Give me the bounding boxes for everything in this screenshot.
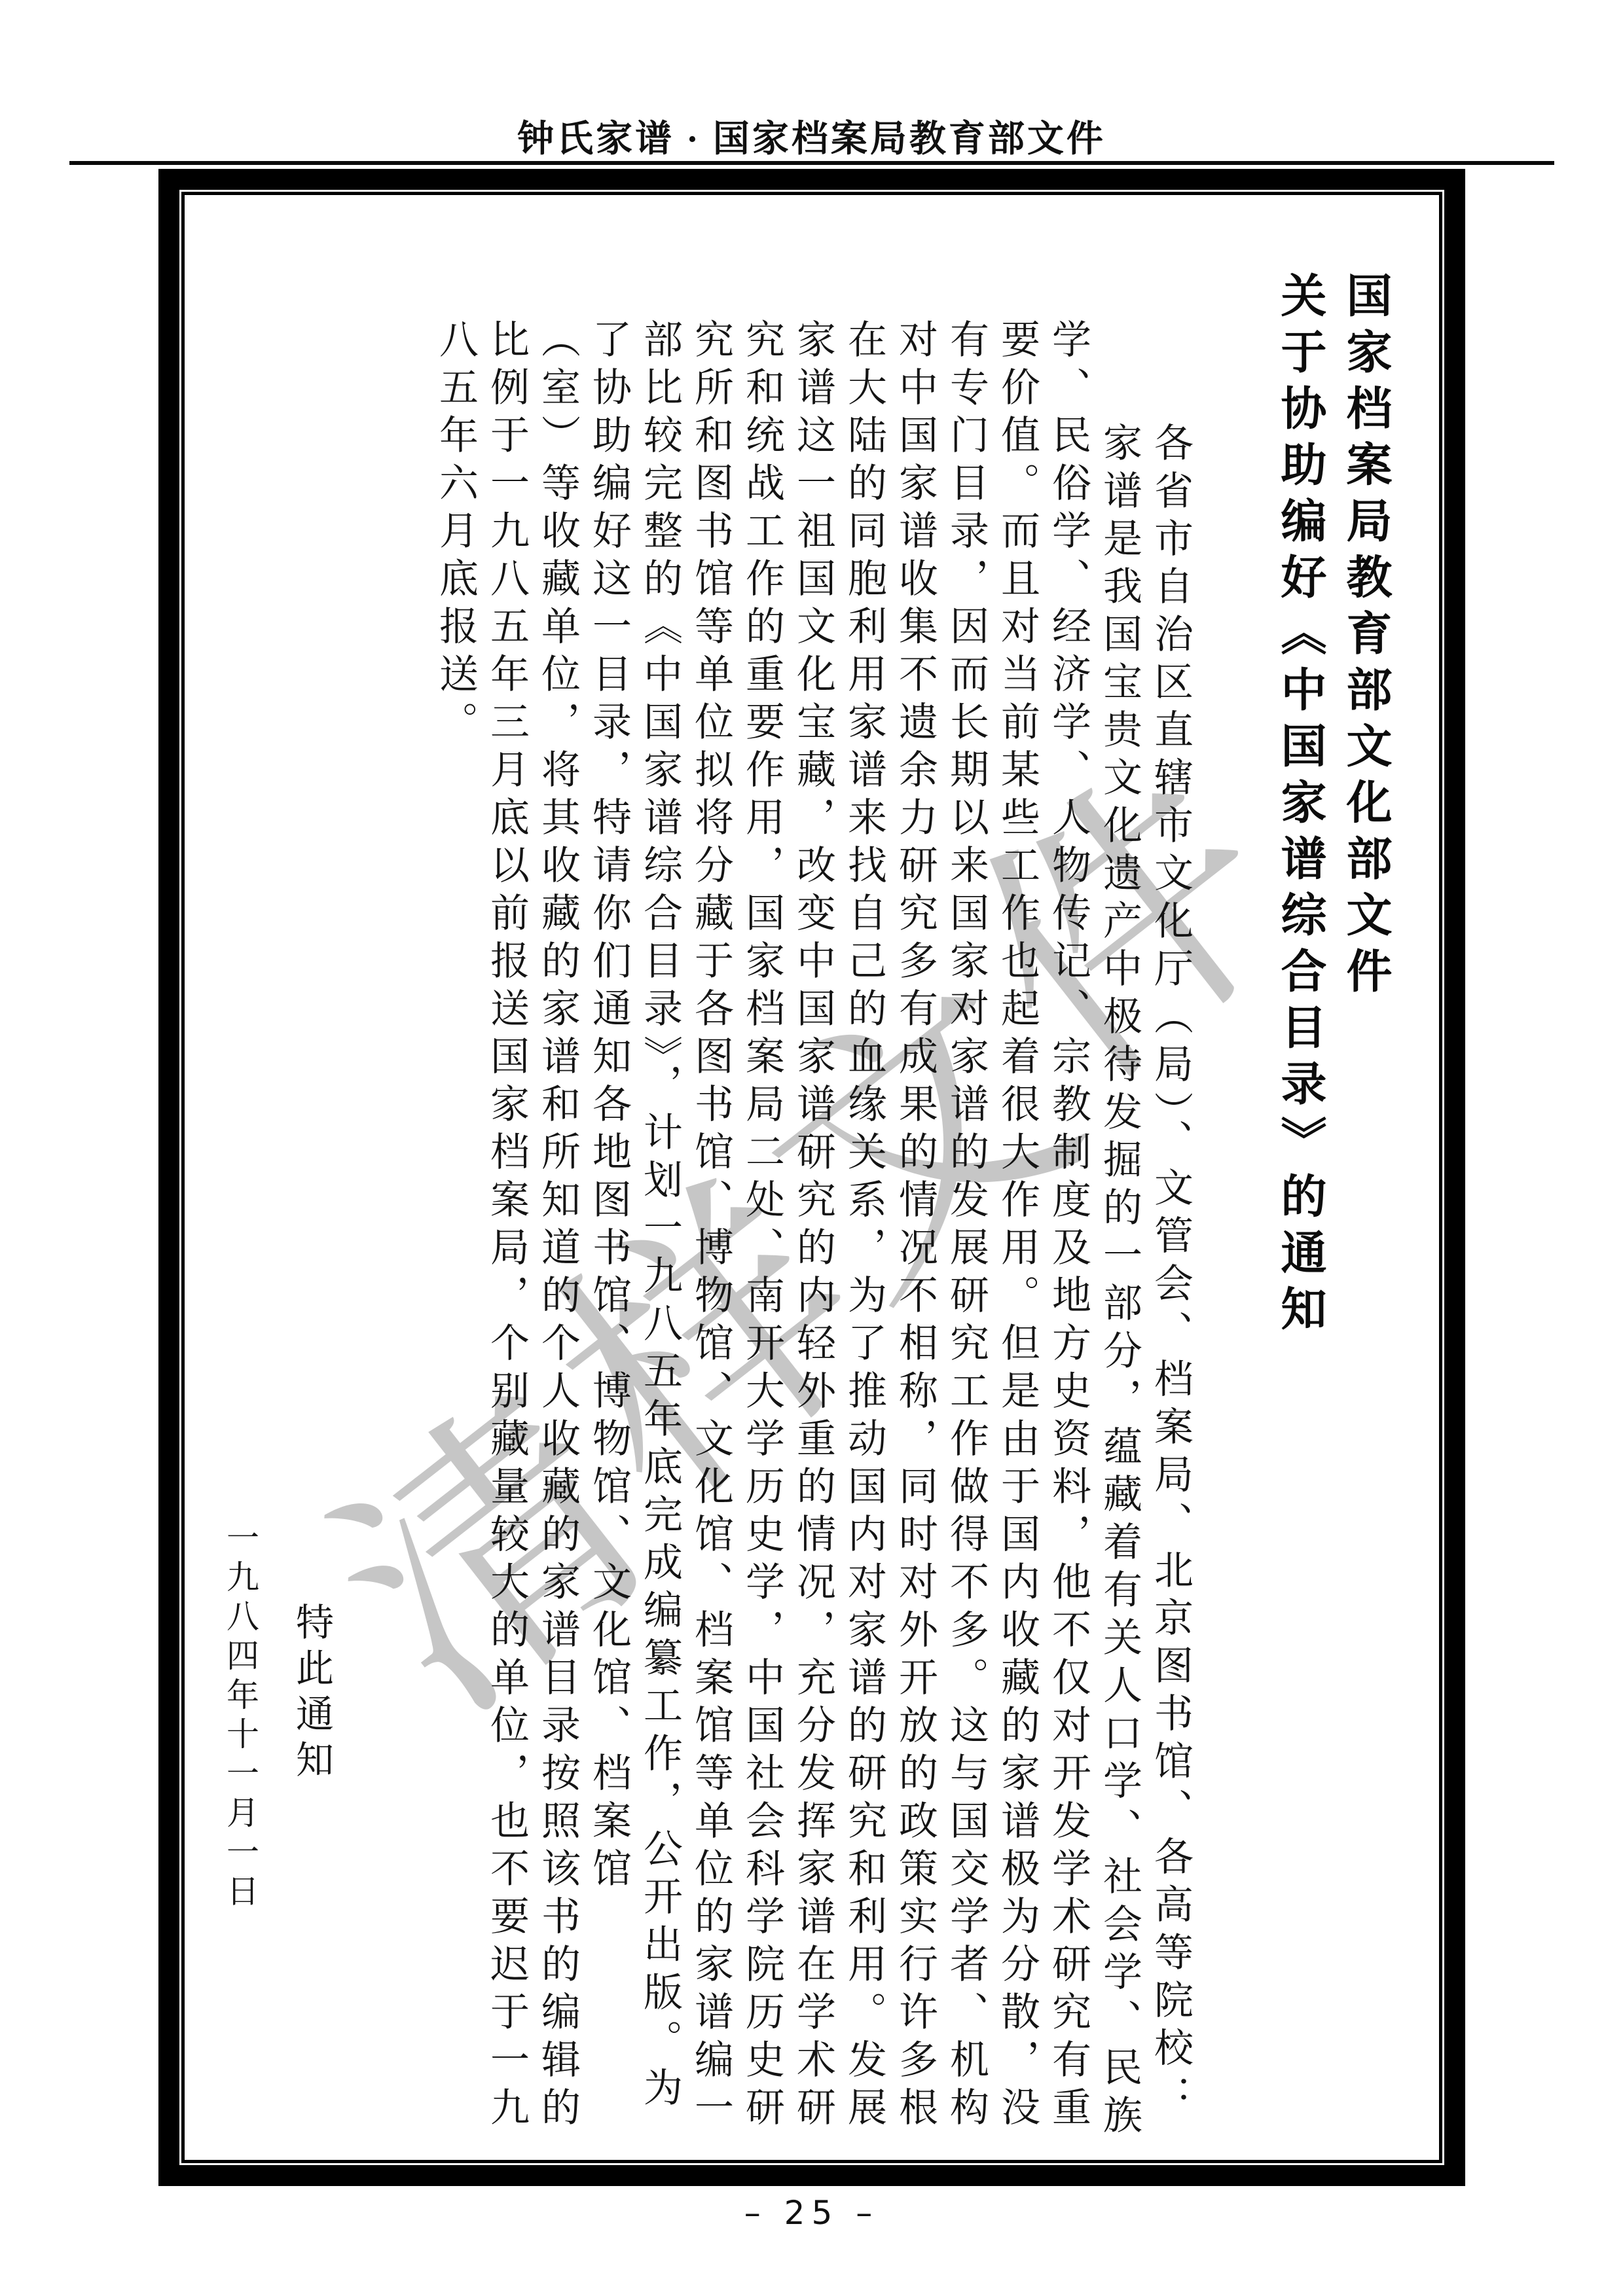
closing-phrase: 特此通知 — [288, 1602, 335, 1785]
document-subtitle: 关于协助编好《中国家谱综合目录》的通知 — [1271, 272, 1329, 1341]
body-column-15: 八五年六月底报送。 — [431, 319, 480, 749]
body-column-8: 家谱这一祖国文化宝藏，改变中国家谱研究的内轻外重的情况，充分发挥家谱在学术研 — [789, 319, 837, 2134]
page-number: – 25 – — [0, 2194, 1623, 2232]
document-title: 国家档案局教育部文化部文件 — [1337, 272, 1395, 1003]
body-column-7: 在大陆的同胞利用家谱来找自己的血缘关系，为了推动国内对家谱的研究和利用。发展 — [840, 319, 888, 2134]
body-column-6: 对中国家谱收集不遗余力研究多有成果的情况不相称，同时对外开放的政策实行许多根 — [891, 319, 939, 2134]
body-column-9: 究和统战工作的重要作用，国家档案局二处、南开大学历史学，中国社会科学院历史研 — [738, 319, 786, 2134]
body-column-3: 学、民俗学、经济学、人物传记、宗教制度及地方史资料，他不仅对开发学术研究有重 — [1044, 319, 1093, 2134]
body-column-11: 部比较完整的《中国家谱综合目录》，计划一九八五年底完成编纂工作，公开出版。为 — [636, 319, 684, 2115]
page-header: 钟氏家谱 · 国家档案局教育部文件 — [0, 110, 1623, 162]
header-rule — [69, 161, 1554, 165]
body-column-13: （室）等收藏单位，将其收藏的家谱和所知道的个人收藏的家谱目录按照该书的编辑的 — [534, 319, 582, 2134]
body-column-14: 比例于一九八五年三月底以前报送国家档案局，个别藏量较大的单位，也不要迟于一九 — [483, 319, 531, 2134]
document-date: 一九八四年十一月一日 — [220, 1520, 261, 1913]
body-column-10: 究所和图书馆等单位拟将分藏于各图书馆、博物馆、文化馆、档案馆等单位的家谱编一 — [687, 319, 735, 2134]
body-column-12: 了协助编好这一目录，特请你们通知各地图书馆、博物馆、文化馆、档案馆 — [585, 319, 633, 1895]
body-column-1: 各省市自治区直辖市文化厅（局）、文管会、档案局、北京图书馆、各高等院校： — [1146, 422, 1195, 2123]
body-column-4: 要价值。而且对当前某些工作也起着很大作用。但是由于国内收藏的家谱极为分散，没 — [993, 319, 1042, 2134]
scanned-document-page: 钟氏家谱 · 国家档案局教育部文件 清 样 文 件 国家档案局教育部文化部文件 … — [0, 0, 1623, 2296]
body-column-2: 家谱是我国宝贵文化遗产中极待发掘的一部分，蕴藏着有关人口学、社会学、民族 — [1095, 422, 1144, 2142]
body-column-5: 有专门目录，因而长期以来国家对家谱的发展研究工作做得不多。这与国交学者、机构 — [942, 319, 991, 2134]
